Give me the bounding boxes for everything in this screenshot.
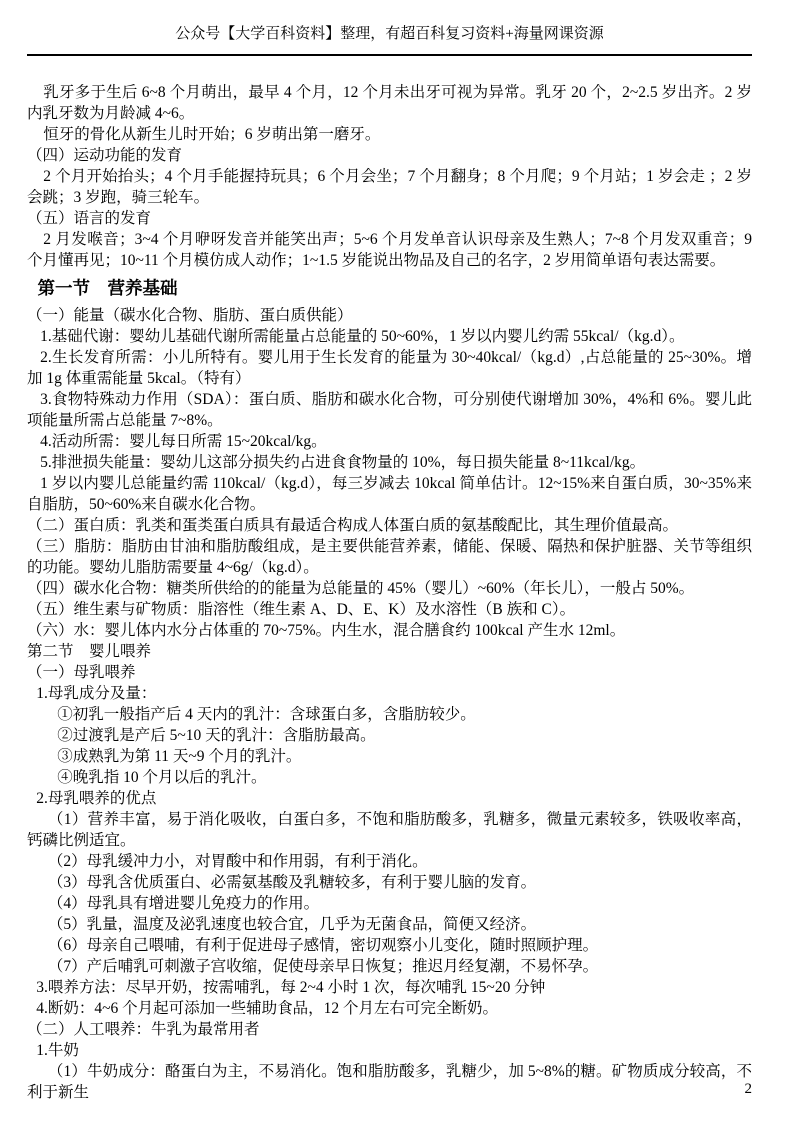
paragraph: 3.食物特殊动力作用（SDA）：蛋白质、脂肪和碳水化合物，可分别使代谢增加 30… <box>27 389 752 431</box>
paragraph: 乳牙多于生后 6~8 个月萌出，最早 4 个月，12 个月未出牙可视为异常。乳牙… <box>27 82 752 124</box>
paragraph: 3.喂养方法：尽早开奶，按需哺乳，每 2~4 小时 1 次，每次哺乳 15~20… <box>27 977 752 998</box>
paragraph: （2）母乳缓冲力小，对胃酸中和作用弱，有利于消化。 <box>27 851 752 872</box>
paragraph: 2.生长发育所需：小儿所特有。婴儿用于生长发育的能量为 30~40kcal/（k… <box>27 347 752 389</box>
paragraph: （3）母乳含优质蛋白、必需氨基酸及乳糖较多，有利于婴儿脑的发育。 <box>27 872 752 893</box>
paragraph: 1.母乳成分及量： <box>27 683 752 704</box>
paragraph: （五）维生素与矿物质：脂溶性（维生素 A、D、E、K）及水溶性（B 族和 C）。 <box>27 599 752 620</box>
paragraph: （5）乳量，温度及泌乳速度也较合宜，几乎为无菌食品，简便又经济。 <box>27 914 752 935</box>
section-heading: 第一节 营养基础 <box>27 275 752 302</box>
paragraph: 4.断奶：4~6 个月起可添加一些辅助食品，12 个月左右可完全断奶。 <box>27 998 752 1019</box>
paragraph: （五）语言的发育 <box>27 208 752 229</box>
page-header: 公众号【大学百科资料】整理，有超百科复习资料+海量网课资源 <box>27 24 752 44</box>
paragraph: （三）脂肪：脂肪由甘油和脂肪酸组成，是主要供能营养素，储能、保暖、隔热和保护脏器… <box>27 536 752 578</box>
paragraph: ③成熟乳为第 11 天~9 个月的乳汁。 <box>27 746 752 767</box>
document-body: 乳牙多于生后 6~8 个月萌出，最早 4 个月，12 个月未出牙可视为异常。乳牙… <box>27 82 752 1103</box>
paragraph: 第二节 婴儿喂养 <box>27 641 752 662</box>
paragraph: （四）运动功能的发育 <box>27 145 752 166</box>
paragraph: （1）营养丰富，易于消化吸收，白蛋白多，不饱和脂肪酸多，乳糖多，微量元素较多，铁… <box>27 809 752 851</box>
paragraph: 1.基础代谢：婴幼儿基础代谢所需能量占总能量的 50~60%，1 岁以内婴儿约需… <box>27 326 752 347</box>
paragraph: 5.排泄损失能量：婴幼儿这部分损失约占进食食物量的 10%，每日损失能量 8~1… <box>27 452 752 473</box>
paragraph: ①初乳一般指产后 4 天内的乳汁：含球蛋白多，含脂肪较少。 <box>27 704 752 725</box>
paragraph: 4.活动所需：婴儿每日所需 15~20kcal/kg。 <box>27 431 752 452</box>
document-page: 公众号【大学百科资料】整理，有超百科复习资料+海量网课资源 乳牙多于生后 6~8… <box>0 0 793 1122</box>
paragraph: 1 岁以内婴儿总能量约需 110kcal/（kg.d），每三岁减去 10kcal… <box>27 473 752 515</box>
paragraph: （6）母亲自己喂哺，有利于促进母子感情，密切观察小儿变化，随时照顾护理。 <box>27 935 752 956</box>
page-number: 2 <box>745 1080 753 1098</box>
paragraph: （一）母乳喂养 <box>27 662 752 683</box>
paragraph: （4）母乳具有增进婴儿免疫力的作用。 <box>27 893 752 914</box>
paragraph: ④晚乳指 10 个月以后的乳汁。 <box>27 767 752 788</box>
paragraph: 1.牛奶 <box>27 1040 752 1061</box>
header-rule <box>27 54 752 56</box>
paragraph: （7）产后哺乳可刺激子宫收缩，促使母亲早日恢复；推迟月经复潮，不易怀孕。 <box>27 956 752 977</box>
paragraph: （一）能量（碳水化合物、脂肪、蛋白质供能） <box>27 305 752 326</box>
paragraph: 2 月发喉音；3~4 个月咿呀发音并能笑出声；5~6 个月发单音认识母亲及生熟人… <box>27 229 752 271</box>
paragraph: 2 个月开始抬头；4 个月手能握持玩具；6 个月会坐；7 个月翻身；8 个月爬；… <box>27 166 752 208</box>
paragraph: （1）牛奶成分：酪蛋白为主，不易消化。饱和脂肪酸多，乳糖少，加 5~8%的糖。矿… <box>27 1061 752 1103</box>
paragraph: 2.母乳喂养的优点 <box>27 788 752 809</box>
paragraph: ②过渡乳是产后 5~10 天的乳汁：含脂肪最高。 <box>27 725 752 746</box>
paragraph: （六）水：婴儿体内水分占体重的 70~75%。内生水，混合膳食约 100kcal… <box>27 620 752 641</box>
paragraph: 恒牙的骨化从新生儿时开始；6 岁萌出第一磨牙。 <box>27 124 752 145</box>
paragraph: （四）碳水化合物：糖类所供给的的能量为总能量的 45%（婴儿）~60%（年长儿）… <box>27 578 752 599</box>
paragraph: （二）蛋白质：乳类和蛋类蛋白质具有最适合构成人体蛋白质的氨基酸配比，其生理价值最… <box>27 515 752 536</box>
paragraph: （二）人工喂养：牛乳为最常用者 <box>27 1019 752 1040</box>
